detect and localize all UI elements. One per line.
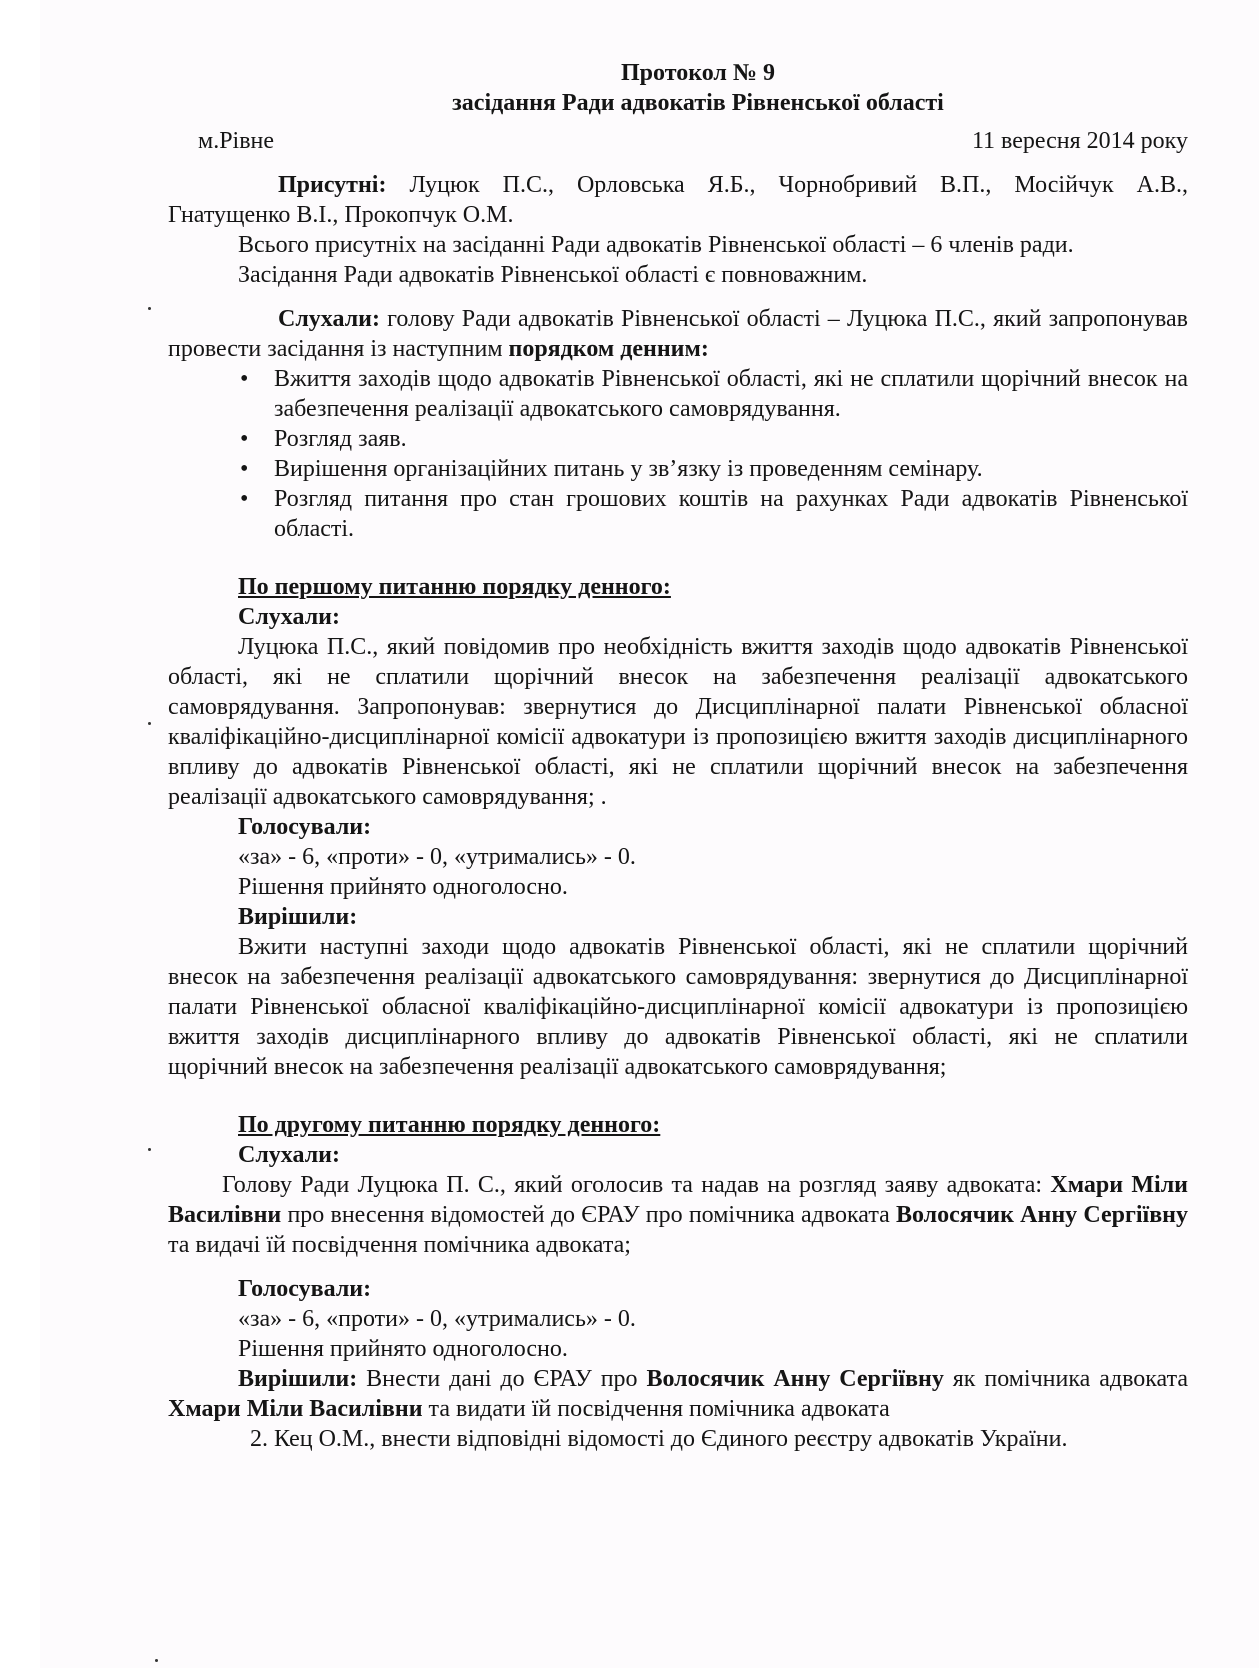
- item1-heard-label: Слухали:: [238, 602, 1188, 632]
- item2-decided-part: як помічника адвоката: [944, 1366, 1188, 1392]
- item2-point2: 2. Кец О.М., внести відповідні відомості…: [250, 1424, 1188, 1454]
- present-names-2: Гнатущенко В.І., Прокопчук О.М.: [168, 200, 1188, 230]
- present-label: Присутні:: [278, 172, 386, 198]
- item2-decided-part: та видати їй посвідчення помічника адвок…: [423, 1396, 890, 1422]
- agenda-label: порядком денним:: [509, 336, 709, 362]
- item2-heading: По другому питанню порядку денного:: [238, 1110, 1188, 1140]
- item2-heard-label: Слухали:: [238, 1140, 1188, 1170]
- advocate-name: Хмари Міли Василівни: [168, 1396, 423, 1422]
- item2-heard-text: Голову Ради Луцюка П. С., який оголосив …: [168, 1170, 1188, 1260]
- quorum-statement: Засідання Ради адвокатів Рівненської обл…: [238, 260, 1188, 290]
- agenda-item: Розгляд питання про стан грошових коштів…: [238, 484, 1188, 544]
- agenda-list: Вжиття заходів щодо адвокатів Рівненсько…: [168, 364, 1188, 544]
- item2-result: Рішення прийнято одноголосно.: [238, 1334, 1188, 1364]
- item1-votes: «за» - 6, «проти» - 0, «утримались» - 0.: [238, 842, 1188, 872]
- total-present: Всього присутніх на засіданні Ради адвок…: [238, 230, 1188, 260]
- present-names-1: Луцюк П.С., Орловська Я.Б., Чорнобривий …: [386, 172, 1188, 198]
- assistant-name: Волосячик Анну Сергіївну: [896, 1202, 1188, 1228]
- item1-decided-text: Вжити наступні заходи щодо адвокатів Рів…: [168, 932, 1188, 1082]
- item1-decided-label: Вирішили:: [238, 902, 1188, 932]
- agenda-item: Вжиття заходів щодо адвокатів Рівненсько…: [238, 364, 1188, 424]
- place-date-row: м.Рівне 11 вересня 2014 року: [198, 126, 1188, 156]
- document-subtitle: засідання Ради адвокатів Рівненської обл…: [208, 88, 1188, 118]
- item2-decided-part: Внести дані до ЄРАУ про: [357, 1366, 646, 1392]
- item1-heard-text: Луцюка П.С., який повідомив про необхідн…: [168, 632, 1188, 812]
- item1-result: Рішення прийнято одноголосно.: [238, 872, 1188, 902]
- scan-speck: [148, 722, 151, 725]
- agenda-item: Розгляд заяв.: [238, 424, 1188, 454]
- city: м.Рівне: [198, 126, 274, 156]
- scan-speck: [148, 1148, 151, 1151]
- scan-speck: [148, 307, 151, 310]
- document-title: Протокол № 9: [208, 58, 1188, 88]
- assistant-name: Волосячик Анну Сергіївну: [646, 1366, 943, 1392]
- scan-speck: [155, 1659, 158, 1662]
- heard-label: Слухали:: [278, 306, 380, 332]
- date: 11 вересня 2014 року: [972, 126, 1188, 156]
- item2-votes: «за» - 6, «проти» - 0, «утримались» - 0.: [238, 1304, 1188, 1334]
- item2-decided: Вирішили: Внести дані до ЄРАУ про Волося…: [168, 1364, 1188, 1424]
- scan-margin: [0, 0, 40, 1668]
- item2-heard-part: Голову Ради Луцюка П. С., який оголосив …: [222, 1172, 1050, 1198]
- opening-heard: Слухали: голову Ради адвокатів Рівненськ…: [168, 304, 1188, 364]
- item2-decided-label: Вирішили:: [238, 1366, 357, 1392]
- item2-voted-label: Голосували:: [238, 1274, 1188, 1304]
- document-page: Протокол № 9 засідання Ради адвокатів Рі…: [208, 58, 1188, 1454]
- item1-heading: По першому питанню порядку денного:: [238, 572, 1188, 602]
- item1-voted-label: Голосували:: [238, 812, 1188, 842]
- agenda-item: Вирішення організаційних питань у зв’язк…: [238, 454, 1188, 484]
- item2-heard-part: та видачі їй посвідчення помічника адвок…: [168, 1232, 631, 1258]
- item2-heard-part: про внесення відомостей до ЄРАУ про помі…: [281, 1202, 896, 1228]
- attendees: Присутні: Луцюк П.С., Орловська Я.Б., Чо…: [168, 170, 1188, 230]
